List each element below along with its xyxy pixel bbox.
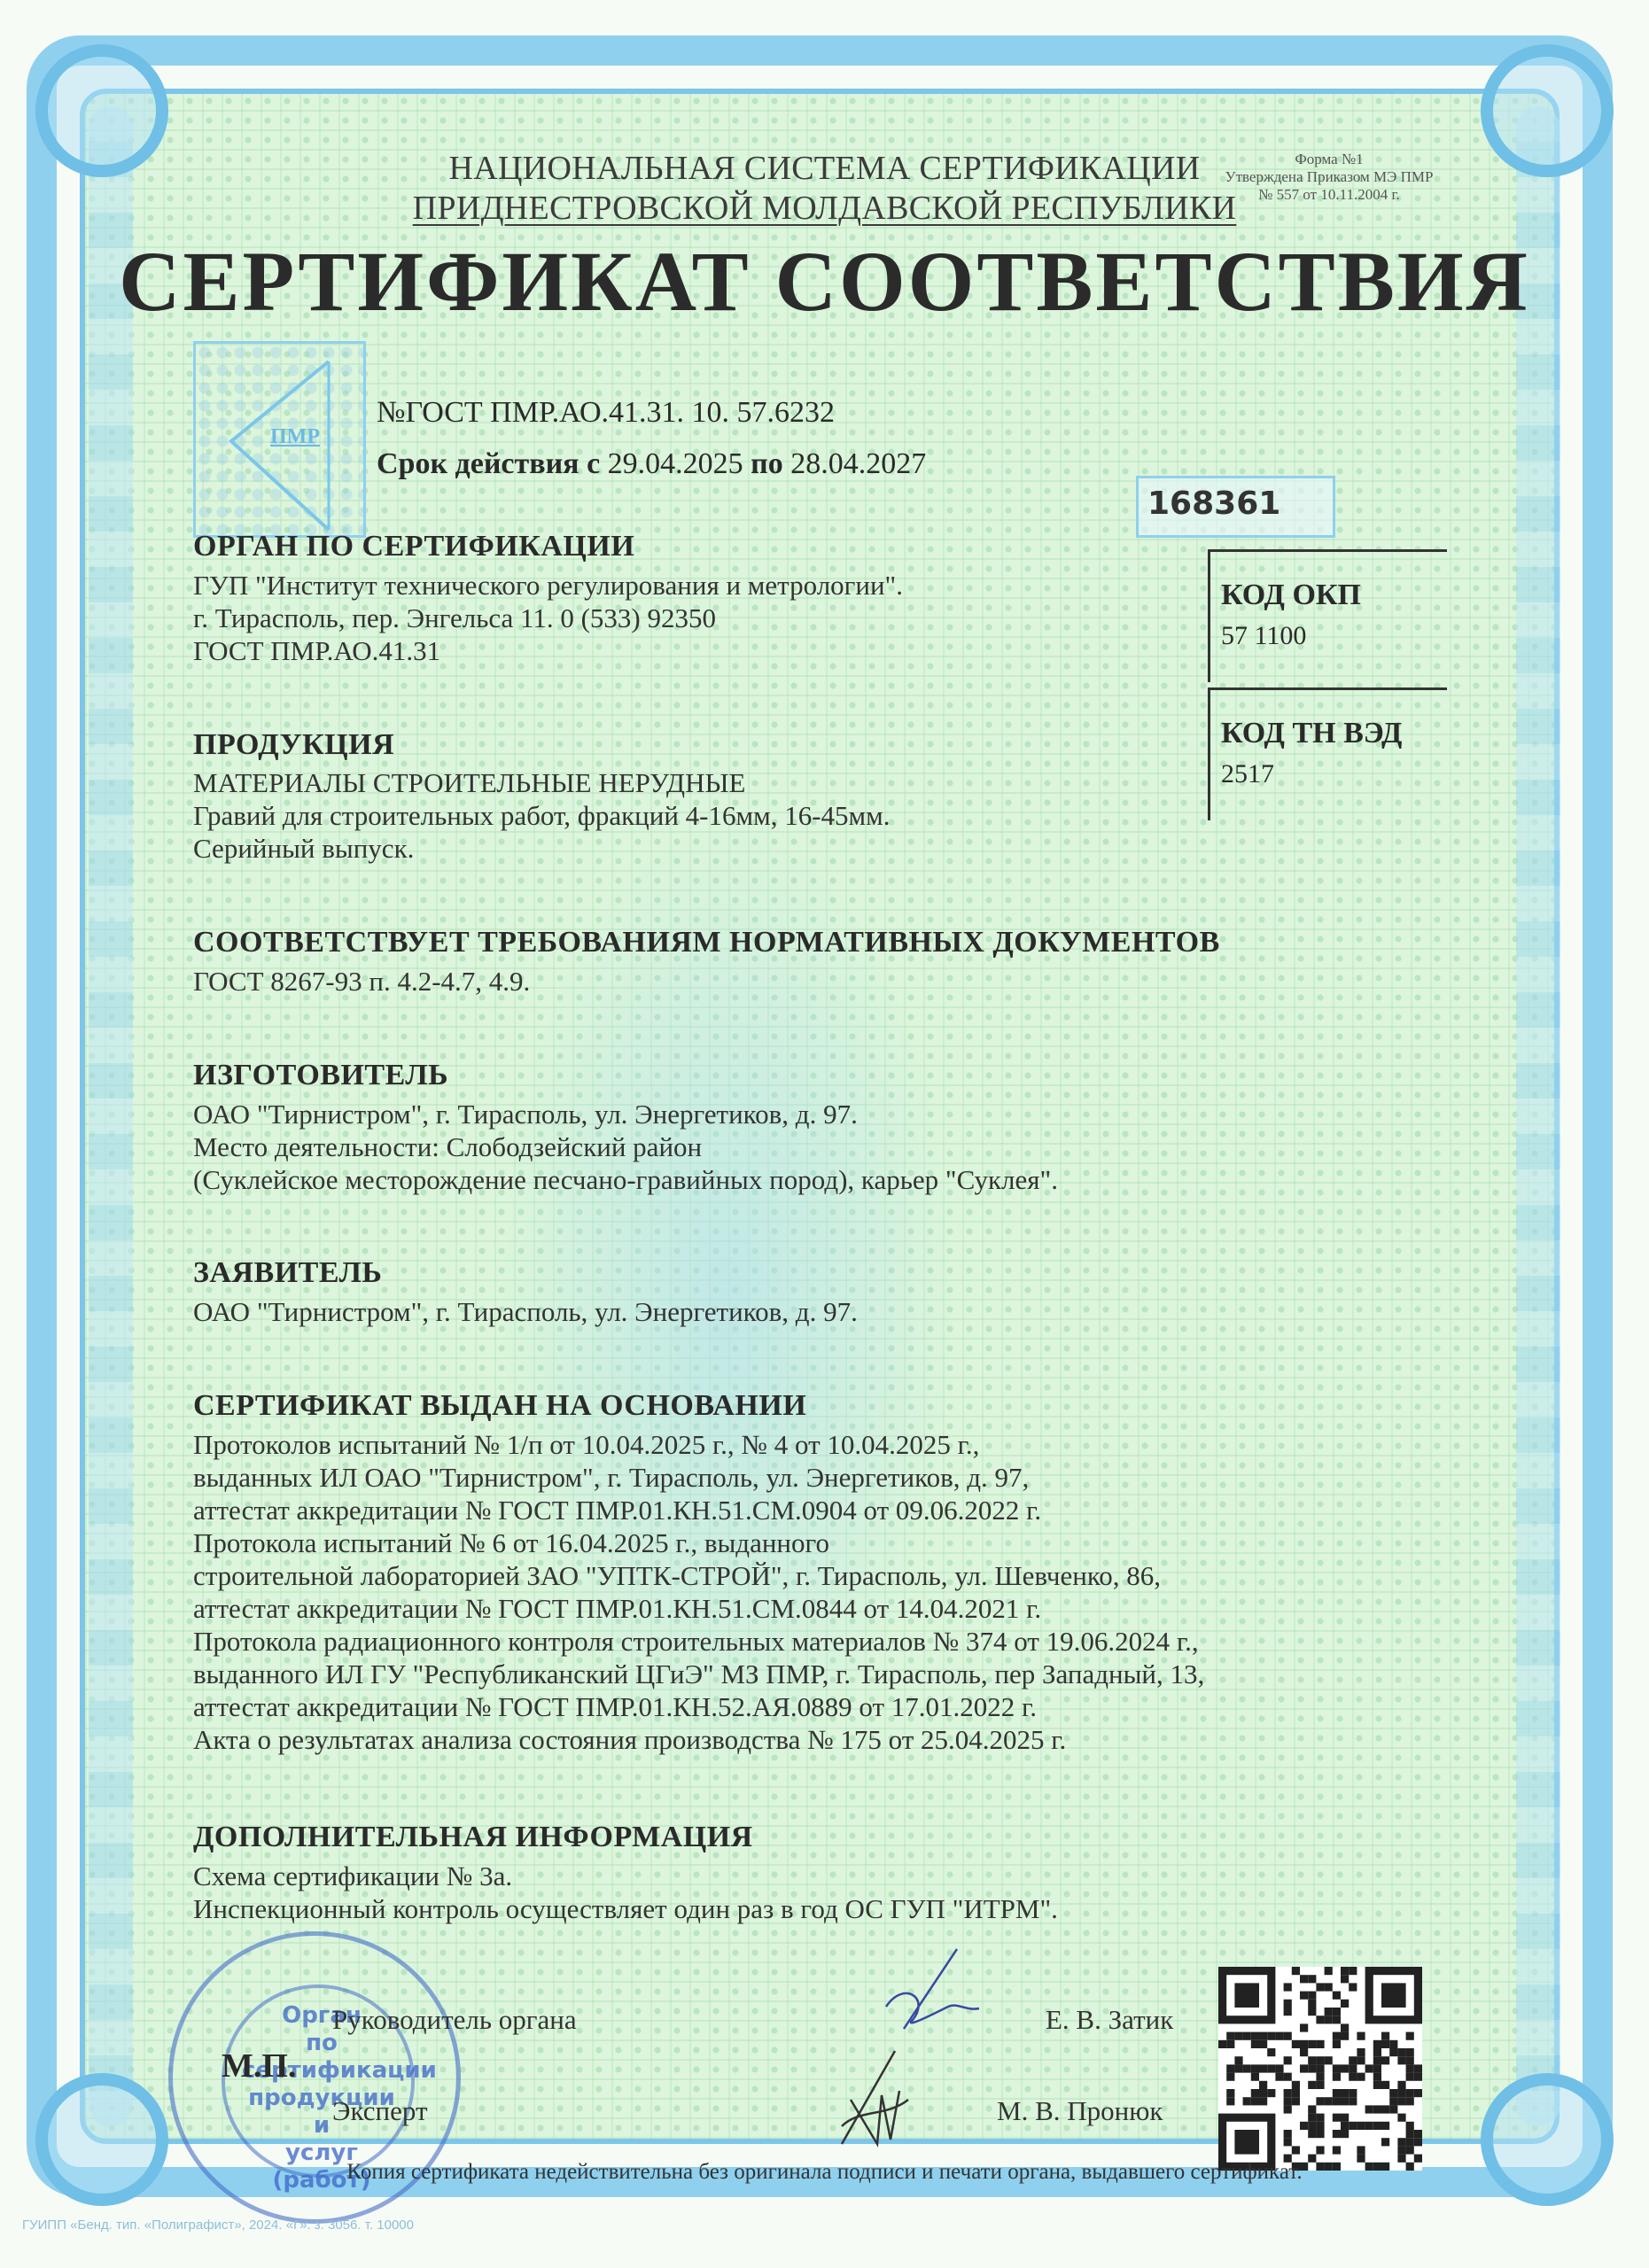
certification-body-line: ГОСТ ПМР.АО.41.31 [193, 635, 440, 667]
additional-line: Схема сертификации № 3а. [193, 1860, 512, 1892]
tn-ved-code-box: КОД ТН ВЭД 2517 [1208, 687, 1447, 820]
basis-line: Протокола испытаний № 6 от 16.04.2025 г.… [193, 1527, 829, 1559]
serial-number-box: 168361 [1136, 476, 1335, 538]
okp-code-box: КОД ОКП 57 1100 [1208, 549, 1447, 682]
head-of-body-label: Руководитель органа [332, 2004, 577, 2036]
certificate-page: НАЦИОНАЛЬНАЯ СИСТЕМА СЕРТИФИКАЦИИ ПРИДНЕ… [0, 0, 1649, 2268]
validity-to-label: по [751, 447, 783, 480]
copy-disclaimer: Копия сертификата недействительна без ор… [0, 2160, 1649, 2185]
section-heading-basis: СЕРТИФИКАТ ВЫДАН НА ОСНОВАНИИ [193, 1389, 806, 1423]
section-heading-applicant: ЗАЯВИТЕЛЬ [193, 1256, 382, 1290]
seal-label: М.П. [222, 2047, 296, 2085]
section-heading-manufacturer: ИЗГОТОВИТЕЛЬ [193, 1059, 448, 1092]
section-heading-certification-body: ОРГАН ПО СЕРТИФИКАЦИИ [193, 530, 634, 563]
corner-ornament-icon [1481, 2073, 1614, 2206]
form-note-line: Форма №1 [1196, 151, 1462, 168]
form-note: Форма №1 Утверждена Приказом МЭ ПМР № 55… [1196, 151, 1462, 204]
basis-line: Акта о результатах анализа состояния про… [193, 1724, 1066, 1756]
section-heading-product: ПРОДУКЦИЯ [193, 728, 394, 762]
compliance-line: ГОСТ 8267-93 п. 4.2-4.7, 4.9. [193, 966, 530, 998]
corner-ornament-icon [35, 2073, 168, 2206]
frame-wave-left [89, 106, 133, 2126]
validity-from-label: Срок действия с [377, 447, 600, 480]
okp-code-value: 57 1100 [1221, 621, 1306, 651]
tn-ved-code-value: 2517 [1221, 759, 1274, 789]
serial-number: 168361 [1147, 485, 1280, 522]
form-note-line: № 557 от 10.11.2004 г. [1196, 186, 1462, 204]
manufacturer-line: (Суклейское месторождение песчано-гравий… [193, 1164, 1058, 1196]
validity-period: Срок действия с 29.04.2025 по 28.04.2027 [377, 447, 926, 481]
logo-label: ПМР [270, 425, 320, 449]
valid-to-date: 28.04.2027 [790, 447, 926, 480]
head-of-body-name: Е. В. Затик [1046, 2004, 1173, 2036]
signature-expert-icon [824, 2047, 922, 2153]
tn-ved-code-title: КОД ТН ВЭД [1221, 717, 1402, 750]
frame-wave-right [1516, 106, 1560, 2126]
printer-imprint: ГУИПП «Бенд. тип. «Полиграфист», 2024. «… [22, 2218, 414, 2233]
applicant-line: ОАО "Тирнистром", г. Тирасполь, ул. Энер… [193, 1296, 858, 1328]
signature-head-icon [851, 1945, 992, 2042]
additional-line: Инспекционный контроль осуществляет один… [193, 1893, 1058, 1925]
form-note-line: Утверждена Приказом МЭ ПМР [1196, 168, 1462, 186]
basis-line: строительной лабораторией ЗАО "УПТК-СТРО… [193, 1560, 1161, 1592]
pmr-logo: ПМР [193, 341, 366, 538]
basis-line: выданного ИЛ ГУ "Республиканский ЦГиЭ" М… [193, 1658, 1204, 1690]
manufacturer-line: ОАО "Тирнистром", г. Тирасполь, ул. Энер… [193, 1099, 858, 1130]
document-title: СЕРТИФИКАТ СООТВЕТСТВИЯ [0, 232, 1649, 330]
basis-line: Протоколов испытаний № 1/п от 10.04.2025… [193, 1429, 979, 1461]
basis-line: аттестат аккредитации № ГОСТ ПМР.01.КН.5… [193, 1691, 1037, 1723]
certificate-number: №ГОСТ ПМР.АО.41.31. 10. 57.6232 [377, 396, 835, 430]
product-line: Гравий для строительных работ, фракций 4… [193, 800, 891, 832]
basis-line: Протокола радиационного контроля строите… [193, 1626, 1199, 1658]
expert-label: Эксперт [332, 2095, 428, 2127]
basis-line: выданных ИЛ ОАО "Тирнистром", г. Тираспо… [193, 1462, 1029, 1494]
product-line: Серийный выпуск. [193, 833, 414, 865]
okp-code-title: КОД ОКП [1221, 579, 1361, 612]
valid-from-date: 29.04.2025 [608, 447, 743, 480]
certification-body-line: г. Тирасполь, пер. Энгельса 11. 0 (533) … [193, 602, 716, 634]
basis-line: аттестат аккредитации № ГОСТ ПМР.01.КН.5… [193, 1495, 1041, 1526]
basis-line: аттестат аккредитации № ГОСТ ПМР.01.КН.5… [193, 1593, 1041, 1625]
section-heading-additional: ДОПОЛНИТЕЛЬНАЯ ИНФОРМАЦИЯ [193, 1821, 753, 1854]
expert-name: М. В. Пронюк [997, 2095, 1163, 2127]
section-heading-compliance: СООТВЕТСТВУЕТ ТРЕБОВАНИЯМ НОРМАТИВНЫХ ДО… [193, 926, 1220, 959]
qr-code[interactable] [1218, 1967, 1422, 2171]
manufacturer-line: Место деятельности: Слободзейский район [193, 1131, 702, 1163]
certification-body-line: ГУП "Институт технического регулирования… [193, 570, 903, 602]
product-line: МАТЕРИАЛЫ СТРОИТЕЛЬНЫЕ НЕРУДНЫЕ [193, 767, 745, 799]
